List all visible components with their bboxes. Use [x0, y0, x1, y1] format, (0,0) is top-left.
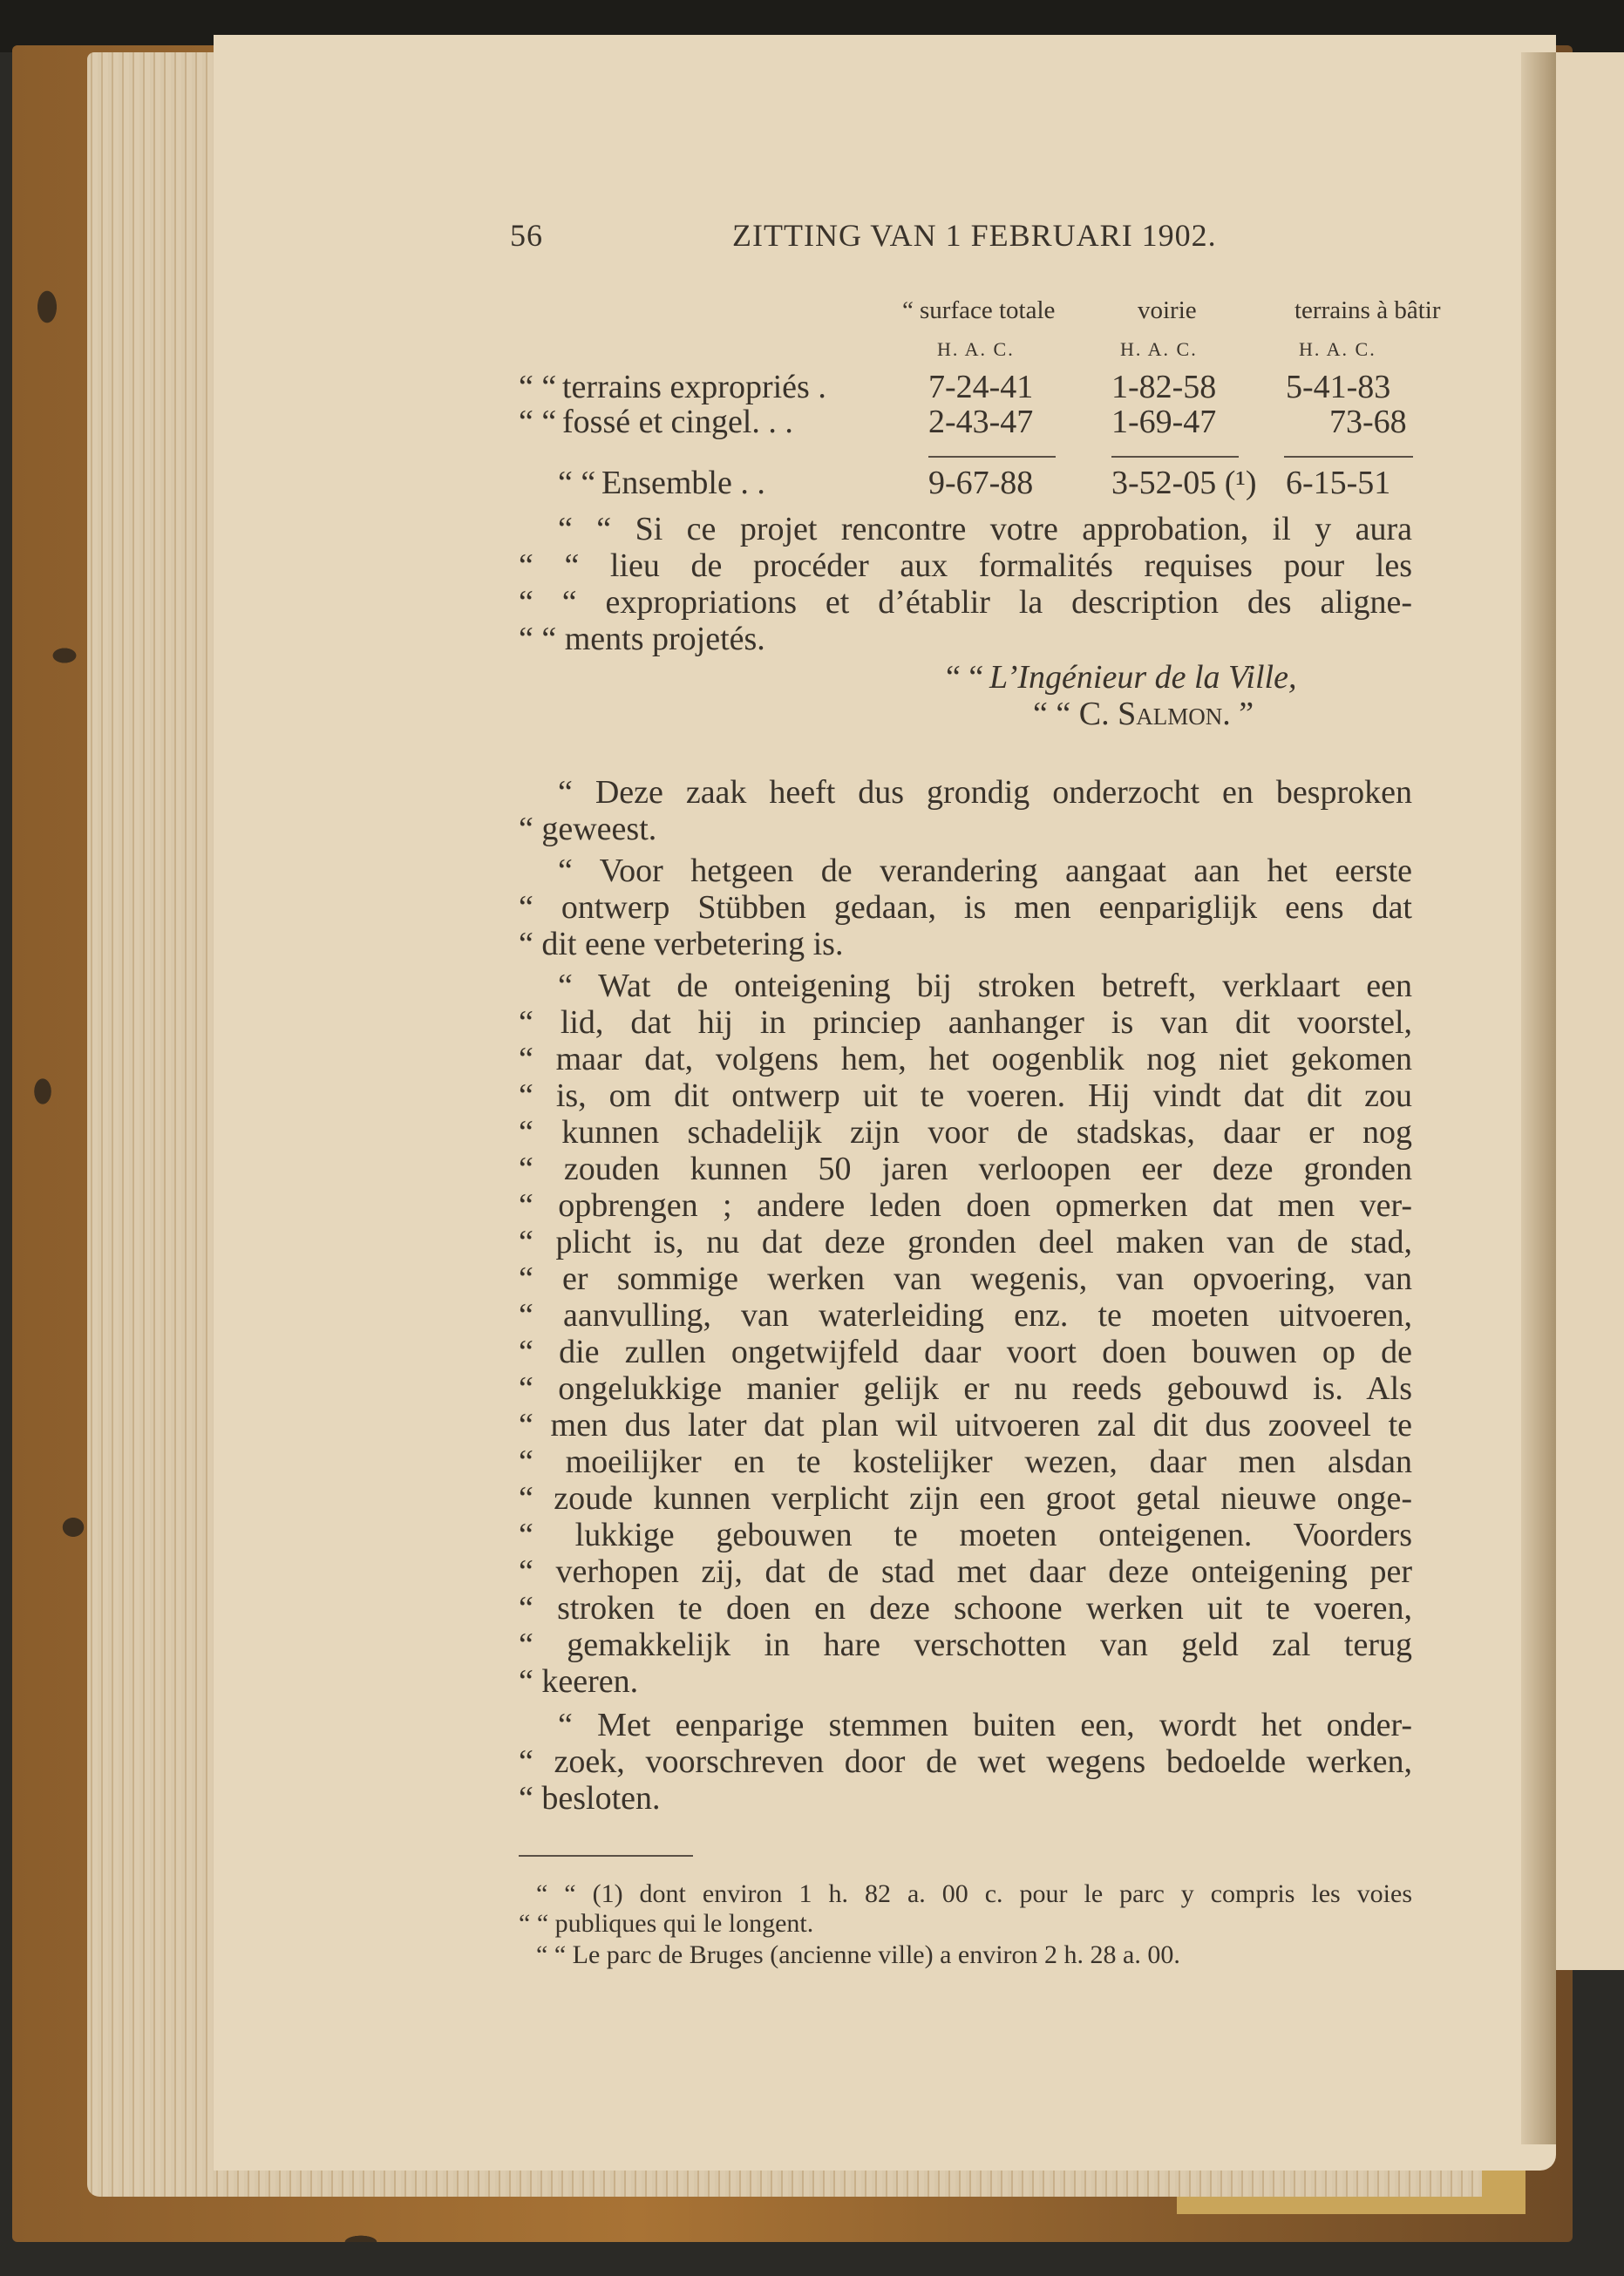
- row-quote-marks: “ “: [558, 466, 595, 499]
- unit-label: H. A. C.: [1299, 340, 1376, 359]
- text-line: “ besloten.: [519, 1782, 661, 1815]
- cell-value: 1-69-47: [1111, 405, 1216, 438]
- row-label: terrains expropriés .: [562, 370, 826, 404]
- footnote-separator: [519, 1855, 693, 1857]
- text-line: “ moeilijker en te kostelijker wezen, da…: [519, 1445, 1412, 1478]
- text-line: “ men dus later dat plan wil uitvoeren z…: [519, 1409, 1412, 1442]
- text-line: “ “ lieu de procéder aux formalités requ…: [519, 549, 1412, 582]
- text-line: “ zoek, voorschreven door de wet wegens …: [519, 1745, 1412, 1778]
- cell-value: 7-24-41: [928, 370, 1033, 404]
- footnote-line: “ “ publiques qui le longent.: [519, 1911, 813, 1937]
- text-line: “ “ Si ce projet rencontre votre approba…: [558, 513, 1412, 546]
- text-line: “ ontwerp Stübben gedaan, is men eenpari…: [519, 891, 1412, 924]
- cell-value: 6-15-51: [1286, 466, 1390, 499]
- column-header-voirie: voirie: [1138, 298, 1197, 323]
- text-line: “ Met eenparige stemmen buiten een, word…: [558, 1709, 1412, 1742]
- signature-name: “ “ C. Salmon. ”: [1033, 697, 1254, 730]
- row-quote-marks: “ “: [519, 370, 556, 404]
- cell-value: 73-68: [1329, 405, 1407, 438]
- signature-quote-marks: “ “: [946, 661, 983, 694]
- facing-page-edge: [1556, 52, 1624, 1970]
- row-label: fossé et cingel. . .: [562, 405, 793, 438]
- footnote-line: “ “ Le parc de Bruges (ancienne ville) a…: [536, 1942, 1180, 1968]
- footnote-line: “ “ (1) dont environ 1 h. 82 a. 00 c. po…: [536, 1881, 1412, 1907]
- column-header-terrains: terrains à bâtir: [1294, 298, 1440, 323]
- sum-rule: [928, 456, 1056, 458]
- unit-label: H. A. C.: [937, 340, 1015, 359]
- text-line: “ geweest.: [519, 812, 656, 846]
- page-gutter-shadow: [1521, 52, 1556, 2144]
- sum-rule: [1284, 456, 1413, 458]
- row-quote-marks: “ “: [519, 405, 556, 438]
- text-line: “ kunnen schadelijk zijn voor de stadska…: [519, 1116, 1412, 1149]
- column-header-surface-totale: surface totale: [920, 298, 1055, 323]
- text-line: “ “ expropriations et d’établir la descr…: [519, 586, 1412, 619]
- cell-value: 3-52-05 (¹): [1111, 466, 1257, 499]
- text-line: “ stroken te doen en deze schoone werken…: [519, 1592, 1412, 1625]
- text-line: “ Deze zaak heeft dus grondig onderzocht…: [558, 776, 1412, 809]
- text-line: “ aanvulling, van waterleiding enz. te m…: [519, 1299, 1412, 1332]
- text-line: “ “ ments projetés.: [519, 622, 765, 656]
- cell-value: 1-82-58: [1111, 370, 1216, 404]
- text-line: “ zoude kunnen verplicht zijn een groot …: [519, 1482, 1412, 1515]
- text-line: “ lukkige gebouwen te moeten onteigenen.…: [519, 1518, 1412, 1552]
- cell-value: 9-67-88: [928, 466, 1033, 499]
- text-line: “ is, om dit ontwerp uit te voeren. Hij …: [519, 1079, 1412, 1112]
- cell-value: 5-41-83: [1286, 370, 1390, 404]
- book-page: 56 ZITTING VAN 1 FEBRUARI 1902. “ surfac…: [214, 35, 1556, 2171]
- text-line: “ Wat de onteigening bij stroken betreft…: [558, 969, 1412, 1002]
- text-line: “ er sommige werken van wegenis, van opv…: [519, 1262, 1412, 1295]
- running-head: ZITTING VAN 1 FEBRUARI 1902.: [732, 220, 1217, 251]
- text-line: “ opbrengen ; andere leden doen opmerken…: [519, 1189, 1412, 1222]
- sum-rule: [1111, 456, 1239, 458]
- text-line: “ ongelukkige manier gelijk er nu reeds …: [519, 1372, 1412, 1405]
- text-line: “ maar dat, volgens hem, het oogenblik n…: [519, 1043, 1412, 1076]
- page-number: 56: [510, 220, 543, 251]
- text-line: “ lid, dat hij in princiep aanhanger is …: [519, 1006, 1412, 1039]
- unit-label: H. A. C.: [1120, 340, 1198, 359]
- cell-value: 2-43-47: [928, 405, 1033, 438]
- text-line: “ zouden kunnen 50 jaren verloopen eer d…: [519, 1152, 1412, 1186]
- text-line: “ Voor hetgeen de verandering aangaat aa…: [558, 854, 1412, 887]
- text-line: “ plicht is, nu dat deze gronden deel ma…: [519, 1226, 1412, 1259]
- text-line: “ keeren.: [519, 1665, 638, 1698]
- text-line: “ die zullen ongetwijfeld daar voort doe…: [519, 1335, 1412, 1369]
- text-line: “ dit eene verbetering is.: [519, 927, 843, 961]
- table-quote-mark: “: [902, 298, 914, 323]
- text-line: “ verhopen zij, dat de stad met daar dez…: [519, 1555, 1412, 1588]
- signature-title: L’Ingénieur de la Ville,: [989, 661, 1296, 694]
- text-line: “ gemakkelijk in hare verschotten van ge…: [519, 1628, 1412, 1661]
- row-label: Ensemble . .: [601, 466, 765, 499]
